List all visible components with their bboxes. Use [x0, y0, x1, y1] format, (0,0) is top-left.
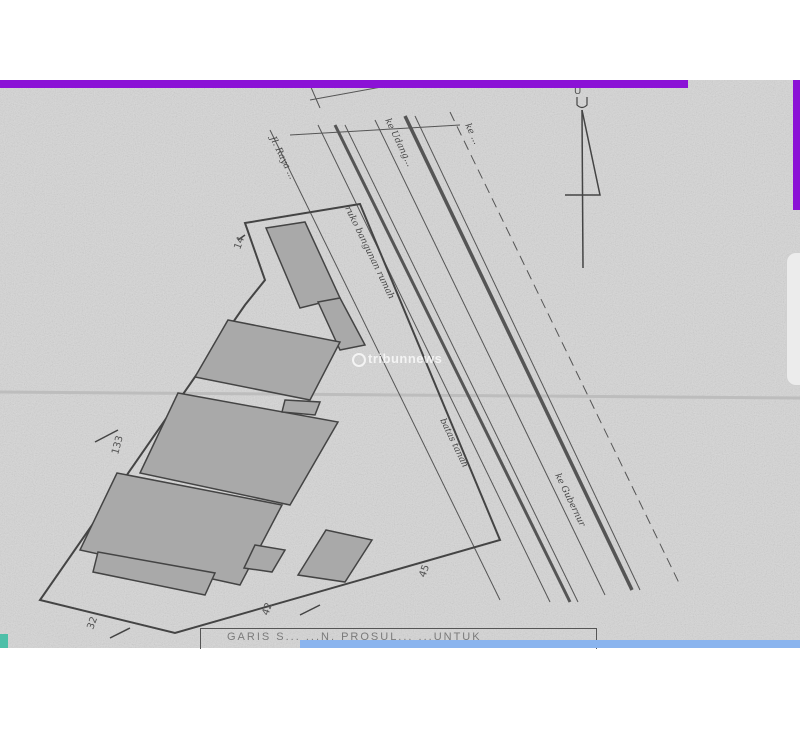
left-accent-marker — [0, 634, 8, 648]
side-panel-handle[interactable] — [786, 252, 800, 386]
watermark-logo-icon — [352, 353, 366, 367]
image-viewer: 133 14 32 42 45 Jl. Raya ... ke Udang...… — [0, 0, 800, 730]
watermark-text: tribunnews — [368, 351, 442, 366]
right-accent-bar — [793, 80, 800, 210]
bottom-accent-bar — [300, 640, 800, 648]
top-accent-bar — [0, 80, 688, 88]
watermark: tribunnews — [352, 351, 442, 367]
